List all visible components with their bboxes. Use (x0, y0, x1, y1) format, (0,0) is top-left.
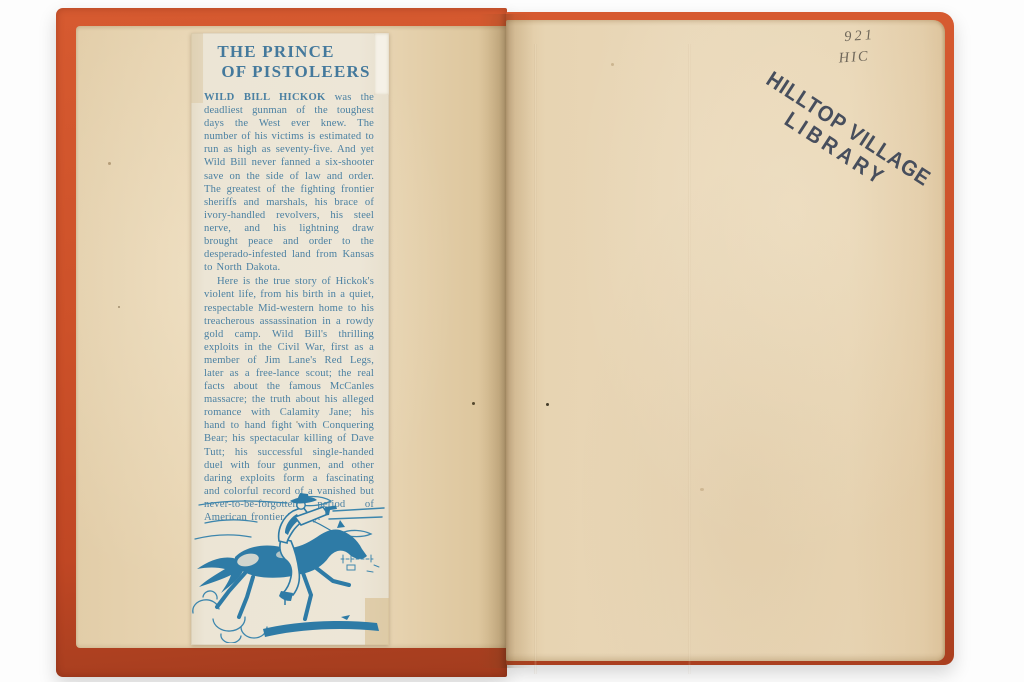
flap-title: THE PRINCE OF PISTOLEERS (204, 42, 374, 82)
flap-title-line2: OF PISTOLEERS (211, 62, 381, 82)
book-photo: THE PRINCE OF PISTOLEERS WILD BILL HICKO… (0, 0, 1024, 682)
call-number-cutter: HIC (838, 46, 877, 70)
page-crease (534, 44, 537, 674)
flap-paragraph-1-lead: WILD BILL HICKOK (204, 92, 326, 103)
flap-paragraph-1-text: was the deadliest gunman of the toughest… (204, 92, 374, 273)
call-number-class: 921 (844, 27, 876, 45)
call-number: 921 HIC (844, 25, 878, 69)
flap-blurb: WILD BILL HICKOK was the deadliest gunma… (204, 91, 374, 524)
flap-paragraph-2: Here is the true story of Hickok's viole… (204, 275, 374, 524)
foxing-speck (296, 421, 298, 423)
foxing-speck (118, 306, 120, 308)
horse-rider-illustration (191, 493, 389, 643)
foxing-speck (108, 162, 111, 165)
foxing-speck (700, 488, 704, 491)
page-crease (688, 44, 691, 674)
flap-title-line1: THE PRINCE (191, 42, 361, 62)
foxing-speck (546, 403, 549, 406)
foxing-speck (611, 63, 614, 66)
dust-jacket-flap: THE PRINCE OF PISTOLEERS WILD BILL HICKO… (191, 33, 389, 645)
foxing-speck (472, 402, 475, 405)
flap-paragraph-1: WILD BILL HICKOK was the deadliest gunma… (204, 91, 374, 274)
free-endpaper (506, 20, 945, 661)
